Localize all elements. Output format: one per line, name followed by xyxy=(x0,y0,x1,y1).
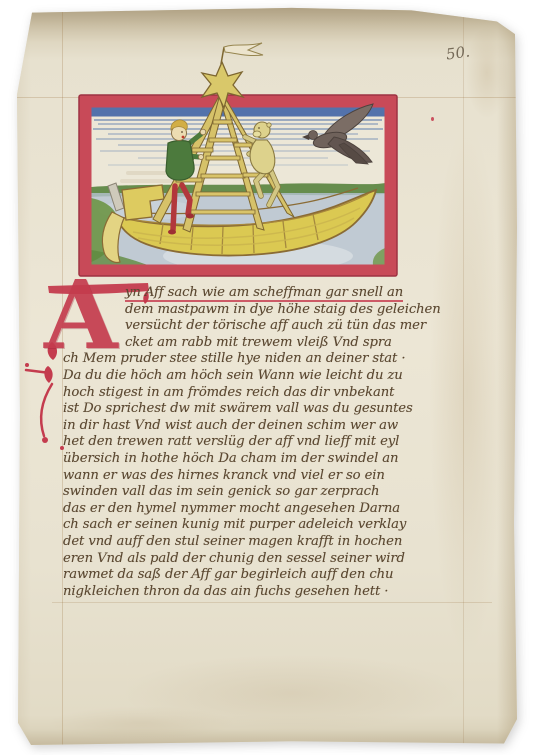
text-line: ch Mem pruder stee stille hye niden an d… xyxy=(63,351,443,368)
ruling-line-horizontal-bottom xyxy=(52,602,492,603)
text-line: ist Do sprichest dw mit swärem vall was … xyxy=(63,401,443,418)
text-line: übersich in hothe höch Da cham im der sw… xyxy=(63,451,443,468)
folio-number: 50. xyxy=(445,42,471,63)
pennant-flag xyxy=(224,43,263,56)
text-line: nigkleichen thron da das ain fuchs geseh… xyxy=(63,584,443,601)
leaf-top-shadow xyxy=(16,6,517,42)
text-line: ch sach er seinen kunig mit purper adele… xyxy=(63,517,443,534)
text-line: hoch stigest in am frömdes reich das dir… xyxy=(63,385,443,402)
text-line: det vnd auff den stul seiner magen kraff… xyxy=(63,534,443,551)
text-line: in dir hast Vnd wist auch der deinen sch… xyxy=(63,418,443,435)
text-block: yn Aff sach wie am scheffman gar snell a… xyxy=(63,285,443,600)
text-line: yn Aff sach wie am scheffman gar snell a… xyxy=(63,285,443,302)
text-line: versücht der törische aff auch zü tün da… xyxy=(63,318,443,335)
text-line: Da du die höch am höch sein Wann wie lei… xyxy=(63,368,443,385)
leaf-bottom-shadow xyxy=(16,729,517,745)
text-line: das er den hymel nymmer mocht angesehen … xyxy=(63,501,443,518)
text-line: swinden vall das im sein genick so gar z… xyxy=(63,484,443,501)
text-line: rawmet da saß der Aff gar begirleich auf… xyxy=(63,567,443,584)
flag-pole xyxy=(221,47,224,64)
photograph-backdrop: 50. xyxy=(0,0,534,755)
rubric-underlined-text: yn Aff sach wie am scheffman gar snell a… xyxy=(125,285,403,302)
text-line: het den trewen ratt verslüg der aff vnd … xyxy=(63,434,443,451)
text-line: eren Vnd als pald der chunig den sessel … xyxy=(63,551,443,568)
text-line: cket am rabb mit trewem vleiß Vnd spra xyxy=(63,335,443,352)
ruling-line-vertical-right xyxy=(463,6,464,745)
manuscript-leaf-wrap: 50. xyxy=(16,6,517,745)
manuscript-leaf: 50. xyxy=(16,6,517,745)
red-ink-speck xyxy=(431,117,434,121)
text-line: wann er was des hirnes kranck vnd viel e… xyxy=(63,468,443,485)
miniature-illustration xyxy=(78,40,400,280)
text-line: dem mastpawm in dye höhe staig des gelei… xyxy=(63,302,443,319)
